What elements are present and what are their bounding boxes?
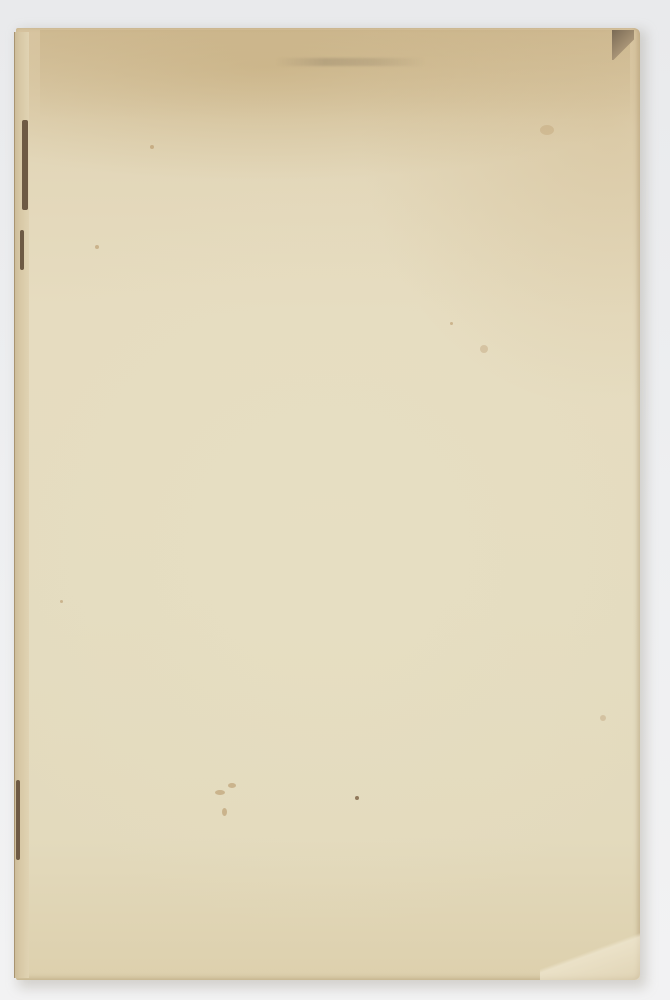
foxing-spot [540,125,554,135]
ink-bleed-mark [275,58,425,66]
foxing-spot [450,322,453,325]
foxing-spot [222,808,227,816]
foxing-spot [228,783,236,788]
spine-tear [20,230,24,270]
foxing-spot [215,790,225,795]
foxing-spot [60,600,63,603]
foxing-spot [600,715,606,721]
corner-fold [540,930,640,980]
foxing-spot [95,245,99,249]
photo-scene [0,0,670,1000]
foxing-spot [150,145,154,149]
foxing-spot [480,345,488,353]
spine-tear [16,780,20,860]
paper-cover [16,28,640,980]
top-discoloration [40,30,630,120]
worn-corner [612,30,634,60]
foxing-spot [355,796,359,800]
spine-tear [22,120,28,210]
